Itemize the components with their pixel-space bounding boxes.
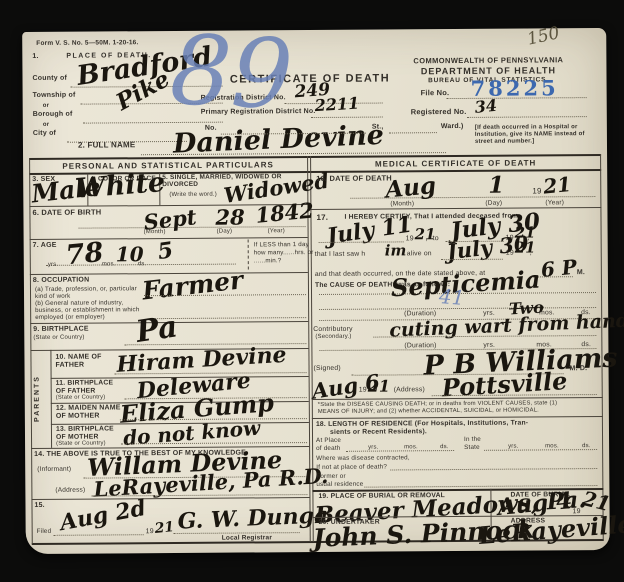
- filed-line: [54, 534, 144, 536]
- occupation-label: 8. OCCUPATION: [33, 277, 89, 285]
- birthplace-value: Pa: [134, 312, 179, 348]
- county-label: County of: [32, 75, 67, 83]
- birthplace-label: 9. BIRTHPLACE: [33, 326, 89, 334]
- borough-label: Borough of: [33, 111, 73, 119]
- to-label: to: [433, 235, 439, 243]
- certify-item-no: 17.: [316, 213, 328, 222]
- informant-address-line: [91, 494, 307, 497]
- marital-hint: (Write the word.): [169, 192, 217, 199]
- residence-label2: sients or Recent Residents).: [330, 428, 427, 436]
- informant-label: (Informant): [37, 466, 71, 474]
- dob-year-value: 1842: [255, 200, 315, 226]
- age-yrs-label: yrs.: [48, 262, 59, 269]
- dob-label: 6. DATE OF BIRTH: [32, 208, 101, 217]
- personal-section-title: PERSONAL AND STATISTICAL PARTICULARS: [29, 160, 307, 171]
- residence-state-line: [484, 449, 597, 451]
- age-note-3: ......min.?: [254, 257, 282, 264]
- or-1: or: [43, 103, 49, 110]
- footnote-line2: MEANS OF INJURY; and (2) whether ACCIDEN…: [318, 407, 539, 415]
- medical-section-title: MEDICAL CERTIFICATE OF DEATH: [310, 158, 601, 169]
- last-saw-line: [441, 259, 503, 260]
- age-label: 7. AGE: [33, 242, 57, 250]
- filed-label: Filed: [37, 528, 52, 535]
- secondary-hint: (Secondary.): [315, 334, 351, 341]
- registrar-label: Local Registrar: [222, 534, 272, 542]
- signed-label: (Signed): [314, 365, 341, 373]
- dob-day-value: 28: [215, 206, 244, 227]
- father-birthplace-label: 11. BIRTHPLACE OF FATHER: [56, 379, 122, 395]
- comma-1: ,: [426, 235, 428, 243]
- last-saw-year-printed: 19: [506, 250, 514, 258]
- if-not-line: [390, 468, 597, 470]
- filed-item-no: 15.: [34, 502, 44, 510]
- state-mos: mos.: [545, 443, 559, 450]
- last-saw-post: alive on: [407, 250, 432, 258]
- father-name-label: 10. NAME OF FATHER: [55, 353, 119, 370]
- cause-value: Septicemia: [390, 268, 541, 301]
- dod-year-value: 21: [542, 174, 572, 197]
- item-1: 1.: [32, 53, 38, 61]
- parents-label: PARENTS: [34, 378, 42, 422]
- birthplace-hint: (State or Country): [33, 335, 84, 342]
- if-not-label: If not at place of death?: [316, 464, 387, 472]
- state-ds: ds.: [582, 443, 591, 450]
- father-birthplace-hint: (State or Country): [56, 394, 106, 401]
- row-rule: [312, 416, 603, 419]
- city-label: City of: [33, 130, 56, 138]
- m-label: M.: [577, 269, 585, 277]
- row-rule: [310, 207, 601, 210]
- age-ds-label: ds.: [138, 261, 147, 268]
- where-contracted-label: Where was disease contracted,: [316, 454, 410, 462]
- place-mos: mos.: [404, 444, 418, 451]
- last-saw-year-value: 21: [515, 240, 536, 255]
- mother-birthplace-hint: (State or Country): [56, 440, 106, 447]
- usual-residence-label: usual residence: [316, 481, 363, 489]
- md-label: M. D.: [570, 365, 588, 373]
- last-saw-him: im: [385, 243, 407, 258]
- residence-place-line: [346, 450, 454, 452]
- or-2: or: [43, 122, 49, 129]
- full-name-label: 2. FULL NAME: [78, 140, 135, 150]
- dod-month-value: Aug: [384, 174, 437, 202]
- age-note-divider: [248, 239, 249, 269]
- informant-address-label: (Address): [55, 487, 85, 495]
- age-ds-value: 5: [156, 239, 174, 263]
- parents-divider: [50, 350, 52, 448]
- mother-name-label: 12. MAIDEN NAME OF MOTHER: [56, 404, 128, 421]
- dod-day-hint: (Day): [485, 200, 502, 208]
- occupation-a-label: (a) Trade, profession, or, particular ki…: [35, 285, 141, 300]
- state-label: State: [464, 444, 480, 451]
- dod-year-printed: 19: [532, 186, 541, 195]
- township-label: Township of: [33, 92, 76, 100]
- dod-day-value: 1: [488, 174, 504, 197]
- row-rule: [31, 497, 309, 500]
- filed-date-value: Aug 2d: [58, 497, 147, 534]
- age-mos-label: mos.: [102, 261, 116, 268]
- place-yrs: yrs.: [368, 445, 379, 452]
- age-note-2: how many......hrs. or: [254, 249, 314, 257]
- state-yrs: yrs.: [508, 444, 519, 451]
- dod-label: 16. DATE OF DEATH: [316, 174, 392, 183]
- mother-birthplace-label: 13. BIRTHPLACE OF MOTHER: [56, 425, 122, 441]
- signed-year-value: 21: [368, 378, 390, 394]
- dob-month-hint: (Month): [144, 229, 166, 236]
- filed-year-value: 21: [154, 520, 175, 536]
- dod-month-hint: (Month): [390, 200, 414, 208]
- medical-column: MEDICAL CERTIFICATE OF DEATH 16. DATE OF…: [309, 28, 604, 552]
- dob-day-hint: (Day): [217, 229, 233, 236]
- signed-year-printed: 19: [359, 387, 367, 395]
- blue-crayon-number: 89: [168, 22, 294, 123]
- at-place-label: At Place: [316, 437, 341, 444]
- race-value: White: [74, 169, 166, 203]
- contributory-label: Contributory: [313, 326, 352, 334]
- dob-year-hint: (Year): [268, 228, 285, 235]
- filed-year-printed: 19: [146, 528, 154, 536]
- of-death-label: of death: [316, 445, 340, 452]
- signed-address-label: (Address): [394, 386, 425, 394]
- form-number: Form V. S. No. 5—50M. 1-20-16.: [36, 39, 138, 47]
- dod-year-hint: (Year): [545, 199, 564, 207]
- in-the-label: In the: [464, 436, 481, 443]
- age-yrs-value: 78: [65, 239, 105, 269]
- blue-small-number: 41: [438, 286, 465, 308]
- certificate-paper: Form V. S. No. 5—50M. 1-20-16. 1. PLACE …: [22, 28, 610, 554]
- occupation-b-label: (b) General nature of industry, business…: [35, 299, 147, 321]
- comma-3: ,: [530, 249, 532, 257]
- place-ds: ds.: [440, 444, 449, 451]
- last-saw-pre: that I last saw h: [315, 251, 366, 259]
- registrar-signature: G. W. Dunga: [177, 504, 328, 532]
- age-note-1: If LESS than 1 day: [254, 241, 309, 249]
- former-or-label: Former or: [316, 473, 346, 480]
- attended-from-year-printed: 19: [406, 235, 414, 243]
